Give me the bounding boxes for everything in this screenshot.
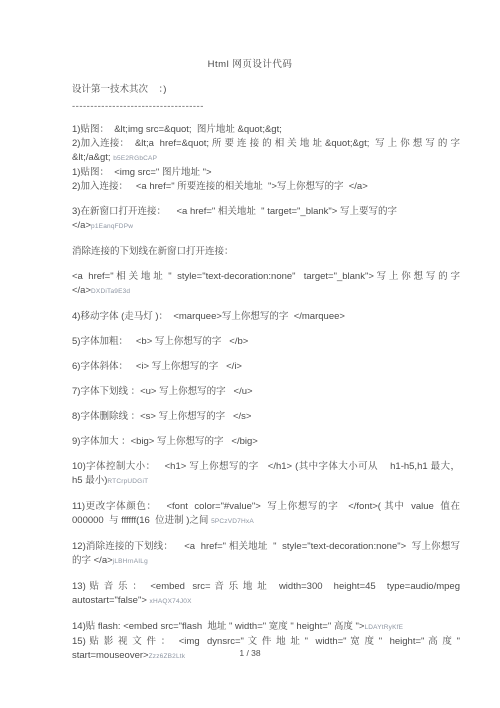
watermark-code: jLBHrnAILg [113, 558, 148, 565]
paragraph-text: <a href=" 相 关 地 址 " style="text-decorati… [72, 271, 463, 296]
paragraph-text: 11)更改字体颜色： <font color="#value"> 写上你想写的字… [72, 501, 465, 526]
doc-paragraph: 14)贴 flash: <embed src="flash 地址 " width… [72, 620, 460, 635]
paragraph-text: 消除连接的下划线在新窗口打开连接： [72, 246, 234, 257]
doc-paragraph: 7)字体下划线 ：<u> 写上你想写的字 </u> [72, 385, 460, 399]
paragraph-text: 6)字体斜体： <i> 写上你想写的字 </i> [72, 361, 242, 372]
paragraph-text: 13) 贴 音 乐 ： <embed src= 音 乐 地 址 width=30… [72, 581, 463, 606]
watermark-code: DXDiTa9E3d [91, 288, 130, 295]
doc-paragraph: 9)字体加大 ：<big> 写上你想写的字 </big> [72, 435, 460, 449]
paragraph-text: 8)字体删除线 ：<s> 写上你想写的字 </s> [72, 411, 251, 422]
doc-paragraph: 5)字体加粗： <b> 写上你想写的字 </b> [72, 335, 460, 349]
doc-paragraph: 1)贴图： <img src=" 图片地址 "> [72, 166, 460, 180]
doc-paragraph: 消除连接的下划线在新窗口打开连接： [72, 245, 460, 259]
paragraph-text: 7)字体下划线 ：<u> 写上你想写的字 </u> [72, 386, 253, 397]
doc-paragraph: 8)字体删除线 ：<s> 写上你想写的字 </s> [72, 410, 460, 424]
paragraph-text: 14)贴 flash: <embed src="flash 地址 " width… [72, 621, 364, 632]
watermark-code: 5PCzVD7HxA [211, 518, 254, 525]
watermark-code: RTCrpUDGiT [107, 478, 148, 485]
watermark-code: p1EanqFDPw [91, 223, 133, 230]
doc-paragraph: 4)移动字体 (走马灯 )： <marquee>写上你想写的字 </marque… [72, 310, 460, 324]
paragraph-text: 4)移动字体 (走马灯 )： <marquee>写上你想写的字 </marque… [72, 311, 345, 322]
page-number: 1 / 38 [0, 648, 500, 658]
doc-paragraph: 12)消除连接的下划线： <a href=" 相关地址 " style="tex… [72, 540, 460, 569]
paragraph-text: 5)字体加粗： <b> 写上你想写的字 </b> [72, 336, 248, 347]
document-body: 设计第一技术其次 ：) ----------------------------… [0, 72, 500, 664]
doc-paragraph: 11)更改字体颜色： <font color="#value"> 写上你想写的字… [72, 500, 460, 529]
watermark-code: b5E2RGbCAP [113, 155, 157, 162]
watermark-code: xHAQX74J0X [150, 598, 192, 605]
paragraph-text: 2)加入连接： <a href=" 所要连接的相关地址 ">写上你想写的字 </… [72, 181, 368, 192]
page-title: Html 网页设计代码 [0, 0, 500, 72]
doc-paragraph: <a href=" 相 关 地 址 " style="text-decorati… [72, 270, 460, 299]
doc-paragraph: 2)加入连接： <a href=" 所要连接的相关地址 ">写上你想写的字 </… [72, 180, 460, 194]
doc-paragraph: 6)字体斜体： <i> 写上你想写的字 </i> [72, 360, 460, 374]
paragraph-text: 9)字体加大 ：<big> 写上你想写的字 </big> [72, 436, 258, 447]
paragraph-text: 1)贴图： <img src=" 图片地址 "> [72, 167, 212, 178]
doc-paragraph: 2)加入连接： &lt;a href=&quot; 所 要 连 接 的 相 关 … [72, 137, 460, 166]
paragraph-text: 1)贴图： &lt;img src=&quot; 图片地址 &quot;&gt; [72, 124, 282, 135]
doc-subtitle: 设计第一技术其次 ：) [72, 83, 460, 97]
doc-paragraph: 13) 贴 音 乐 ： <embed src= 音 乐 地 址 width=30… [72, 580, 460, 609]
dashed-divider: ------------------------------------ [72, 100, 460, 114]
document-page: Html 网页设计代码 设计第一技术其次 ：) ----------------… [0, 0, 500, 708]
doc-paragraph: 3)在新窗口打开连接： <a href=" 相关地址 " target="_bl… [72, 205, 460, 234]
doc-paragraph: 10)字体控制大小： <h1> 写上你想写的字 </h1> (其中字体大小可从 … [72, 460, 460, 489]
watermark-code: LDAYtRyKfE [364, 624, 403, 631]
doc-paragraph: 1)贴图： &lt;img src=&quot; 图片地址 &quot;&gt; [72, 123, 460, 137]
